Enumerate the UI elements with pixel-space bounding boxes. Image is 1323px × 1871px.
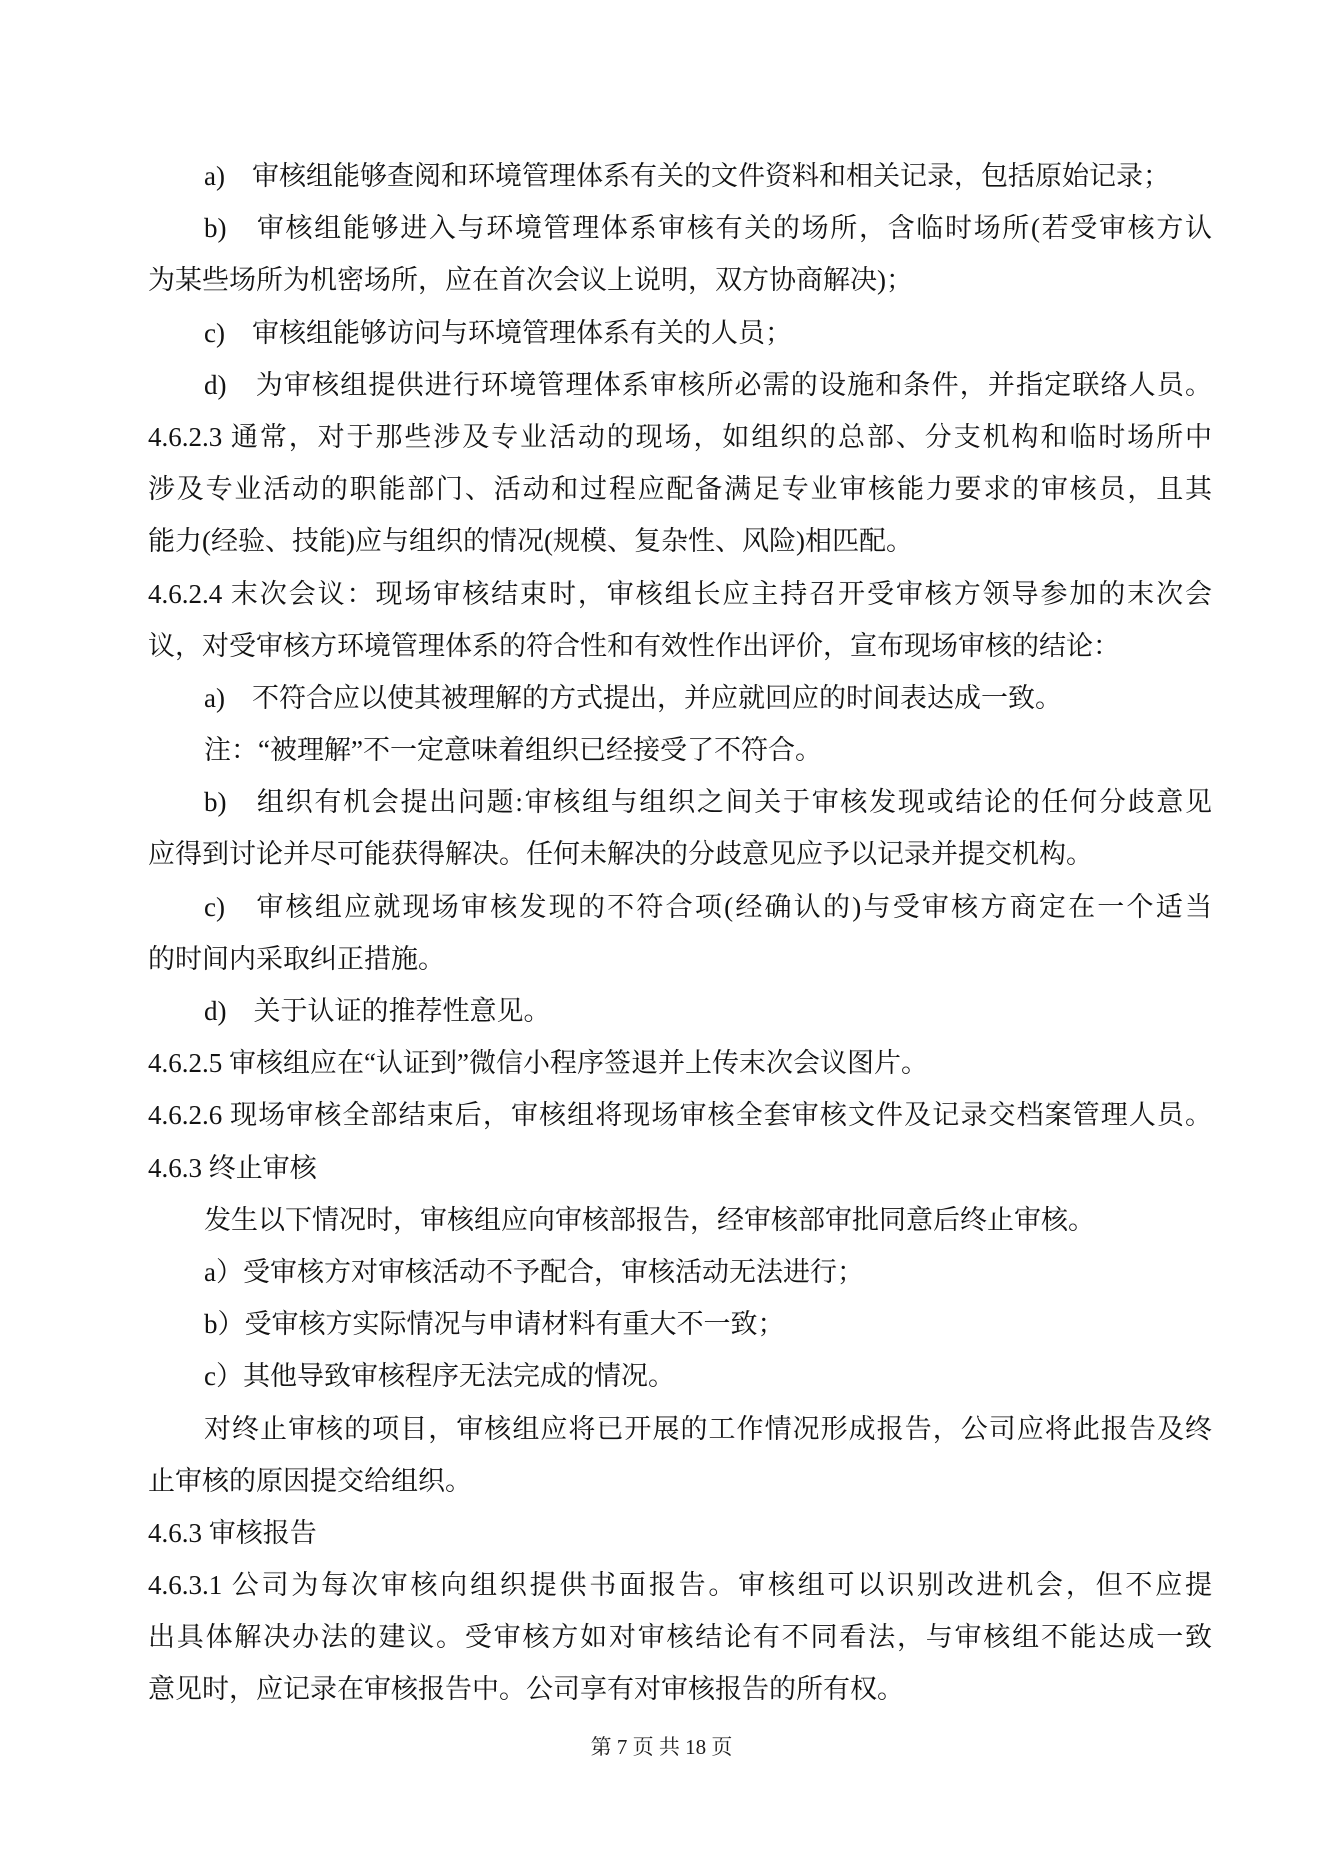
text-line: 应得到讨论并尽可能获得解决。任何未解决的分歧意见应予以记录并提交机构。 — [148, 828, 1212, 880]
document-body: a) 审核组能够查阅和环境管理体系有关的文件资料和相关记录，包括原始记录； b)… — [148, 150, 1212, 1716]
text-line: a) 不符合应以使其被理解的方式提出，并应就回应的时间表达成一致。 — [204, 672, 1212, 724]
section-heading: 4.6.3 审核报告 — [148, 1507, 1212, 1559]
text-line: 4.6.2.3 通常，对于那些涉及专业活动的现场，如组织的总部、分支机构和临时场… — [148, 411, 1212, 463]
text-line: d) 为审核组提供进行环境管理体系审核所必需的设施和条件，并指定联络人员。 — [204, 359, 1212, 411]
text-line: b) 组织有机会提出问题:审核组与组织之间关于审核发现或结论的任何分歧意见 — [204, 776, 1212, 828]
text-line: a）受审核方对审核活动不予配合，审核活动无法进行； — [204, 1246, 1212, 1298]
text-line: 意见时，应记录在审核报告中。公司享有对审核报告的所有权。 — [148, 1663, 1212, 1715]
text-line: b）受审核方实际情况与申请材料有重大不一致； — [204, 1298, 1212, 1350]
page-footer: 第 7 页 共 18 页 — [0, 1732, 1323, 1762]
text-line: 的时间内采取纠正措施。 — [148, 933, 1212, 985]
text-line: c) 审核组应就现场审核发现的不符合项(经确认的)与受审核方商定在一个适当 — [204, 881, 1212, 933]
text-line: c）其他导致审核程序无法完成的情况。 — [204, 1350, 1212, 1402]
text-line: 4.6.2.5 审核组应在“认证到”微信小程序签退并上传末次会议图片。 — [148, 1037, 1212, 1089]
text-line: b) 审核组能够进入与环境管理体系审核有关的场所，含临时场所(若受审核方认 — [204, 202, 1212, 254]
text-line: a) 审核组能够查阅和环境管理体系有关的文件资料和相关记录，包括原始记录； — [204, 150, 1212, 202]
text-line: 涉及专业活动的职能部门、活动和过程应配备满足专业审核能力要求的审核员，且其 — [148, 463, 1212, 515]
text-line: 议，对受审核方环境管理体系的符合性和有效性作出评价，宣布现场审核的结论： — [148, 620, 1212, 672]
text-line: 4.6.3.1 公司为每次审核向组织提供书面报告。审核组可以识别改进机会，但不应… — [148, 1559, 1212, 1611]
text-line: 对终止审核的项目，审核组应将已开展的工作情况形成报告，公司应将此报告及终 — [204, 1403, 1212, 1455]
text-line: 为某些场所为机密场所，应在首次会议上说明，双方协商解决)； — [148, 254, 1212, 306]
page-number-label: 第 7 页 共 18 页 — [591, 1735, 733, 1759]
section-heading: 4.6.3 终止审核 — [148, 1142, 1212, 1194]
text-line: 发生以下情况时，审核组应向审核部报告，经审核部审批同意后终止审核。 — [204, 1194, 1212, 1246]
text-line: 注：“被理解”不一定意味着组织已经接受了不符合。 — [204, 724, 1212, 776]
text-line: 能力(经验、技能)应与组织的情况(规模、复杂性、风险)相匹配。 — [148, 515, 1212, 567]
text-line: 4.6.2.6 现场审核全部结束后，审核组将现场审核全套审核文件及记录交档案管理… — [148, 1089, 1212, 1141]
text-line: 出具体解决办法的建议。受审核方如对审核结论有不同看法，与审核组不能达成一致 — [148, 1611, 1212, 1663]
text-line: 止审核的原因提交给组织。 — [148, 1455, 1212, 1507]
text-line: d) 关于认证的推荐性意见。 — [204, 985, 1212, 1037]
text-line: 4.6.2.4 末次会议：现场审核结束时，审核组长应主持召开受审核方领导参加的末… — [148, 568, 1212, 620]
text-line: c) 审核组能够访问与环境管理体系有关的人员； — [204, 307, 1212, 359]
